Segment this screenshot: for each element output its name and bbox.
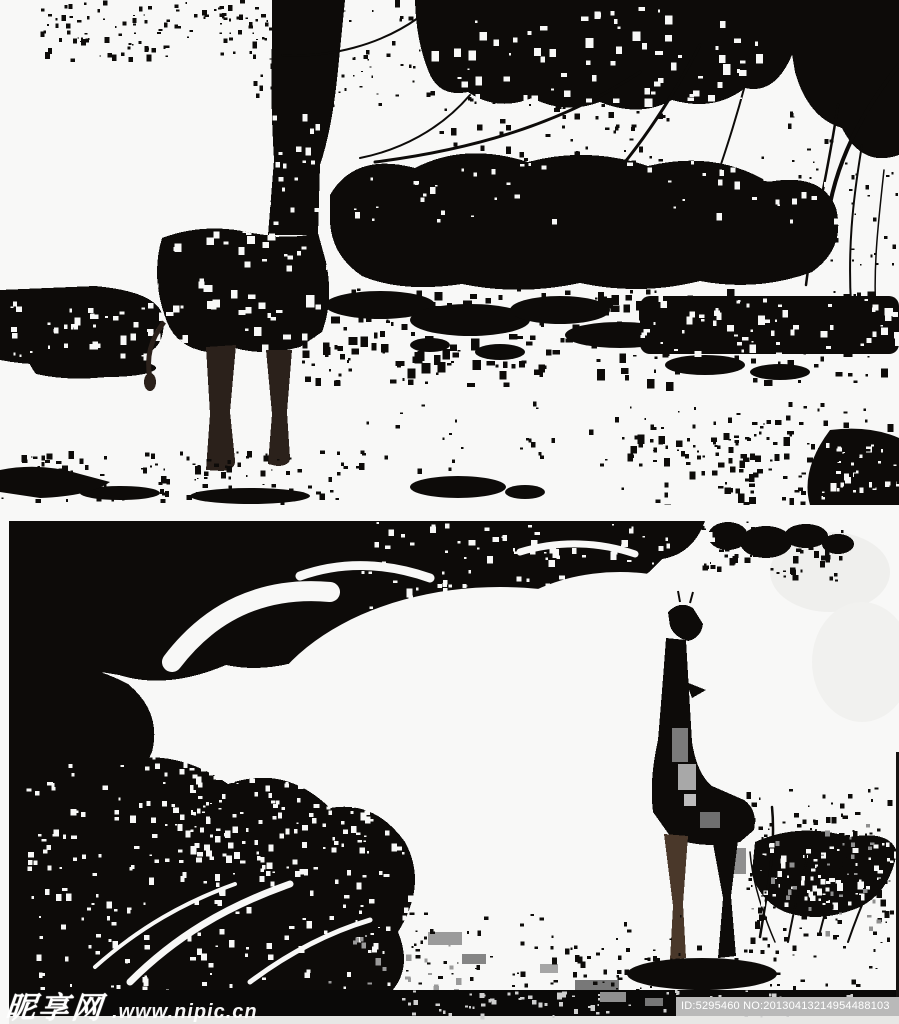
watermark-site-url: .www.nipic.cn bbox=[112, 1001, 258, 1024]
giraffe-ground-shadow bbox=[627, 958, 777, 990]
giraffe-tail-tuft bbox=[144, 373, 156, 391]
top-panel-image bbox=[0, 0, 899, 505]
watermark-site-name: 昵享网 bbox=[4, 983, 108, 1024]
band-gray-patch-2 bbox=[645, 998, 663, 1006]
band-gray-patch bbox=[600, 992, 626, 1002]
watermark: 昵享网 .www.nipic.cn bbox=[6, 983, 258, 1024]
artwork-canvas: 昵享网 .www.nipic.cn ID:5295460 NO:20130413… bbox=[0, 0, 899, 1024]
bottom-panel-image bbox=[0, 512, 899, 1024]
image-id-badge: ID:5295460 NO:20130413214954488103 bbox=[676, 997, 899, 1016]
